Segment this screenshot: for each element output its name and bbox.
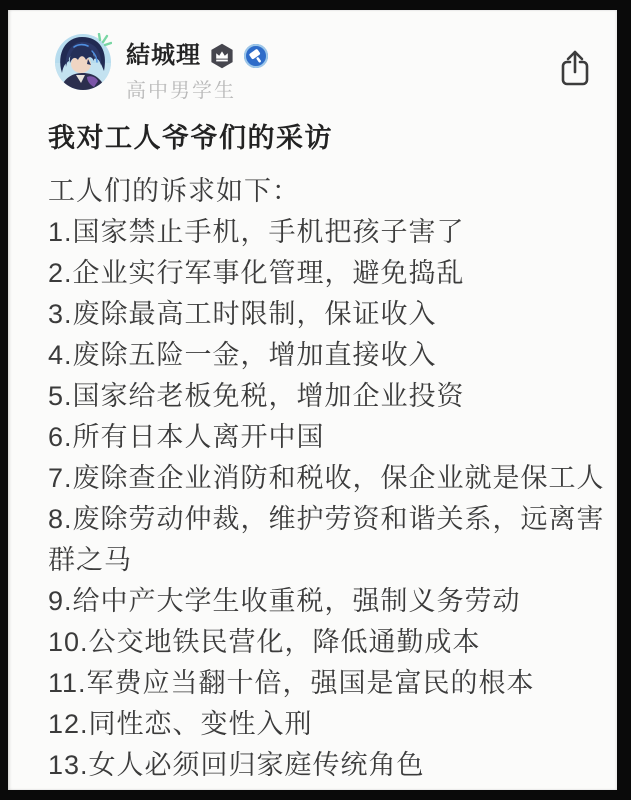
post-line: 9.给中产大学生收重税，强制义务劳动 <box>48 581 610 622</box>
crown-badge-icon <box>209 43 235 69</box>
post-line: 2.企业实行军事化管理，避免捣乱 <box>48 253 610 294</box>
post-line: 7.废除查企业消防和税收，保企业就是保工人 <box>48 458 610 499</box>
user-subtitle: 高中男学生 <box>126 74 236 103</box>
username[interactable]: 結城理 <box>126 42 201 70</box>
share-icon <box>556 48 594 92</box>
share-button[interactable] <box>556 48 594 92</box>
gavel-badge-icon <box>243 43 269 69</box>
user-name-row: 結城理 <box>126 42 269 70</box>
post-content: 我对工人爷爷们的采访 工人们的诉求如下： 1.国家禁止手机，手机把孩子害了 2.… <box>48 118 610 786</box>
post-line: 12.同性恋、变性入刑 <box>48 704 610 745</box>
post-line: 3.废除最高工时限制，保证收入 <box>48 294 610 335</box>
post-intro: 工人们的诉求如下： <box>48 171 610 212</box>
post-line: 8.废除劳动仲裁，维护劳资和谐关系，远离害群之马 <box>48 499 610 581</box>
post-line: 13.女人必须回归家庭传统角色 <box>48 745 610 786</box>
post-card: 結城理 高中男学生 我对工人爷爷们的采访 工人们的诉求如下： 1.国家禁止手机，… <box>8 10 617 790</box>
post-title: 我对工人爷爷们的采访 <box>48 118 610 158</box>
post-line: 11.军费应当翻十倍，强国是富民的根本 <box>48 663 610 704</box>
avatar[interactable] <box>54 33 112 91</box>
anime-boy-blue-hair-avatar <box>54 33 112 91</box>
post-line: 6.所有日本人离开中国 <box>48 417 610 458</box>
post-line: 5.国家给老板免税，增加企业投资 <box>48 376 610 417</box>
post-line: 4.废除五险一金，增加直接收入 <box>48 335 610 376</box>
post-line: 10.公交地铁民营化，降低通勤成本 <box>48 622 610 663</box>
post-line: 1.国家禁止手机，手机把孩子害了 <box>48 212 610 253</box>
